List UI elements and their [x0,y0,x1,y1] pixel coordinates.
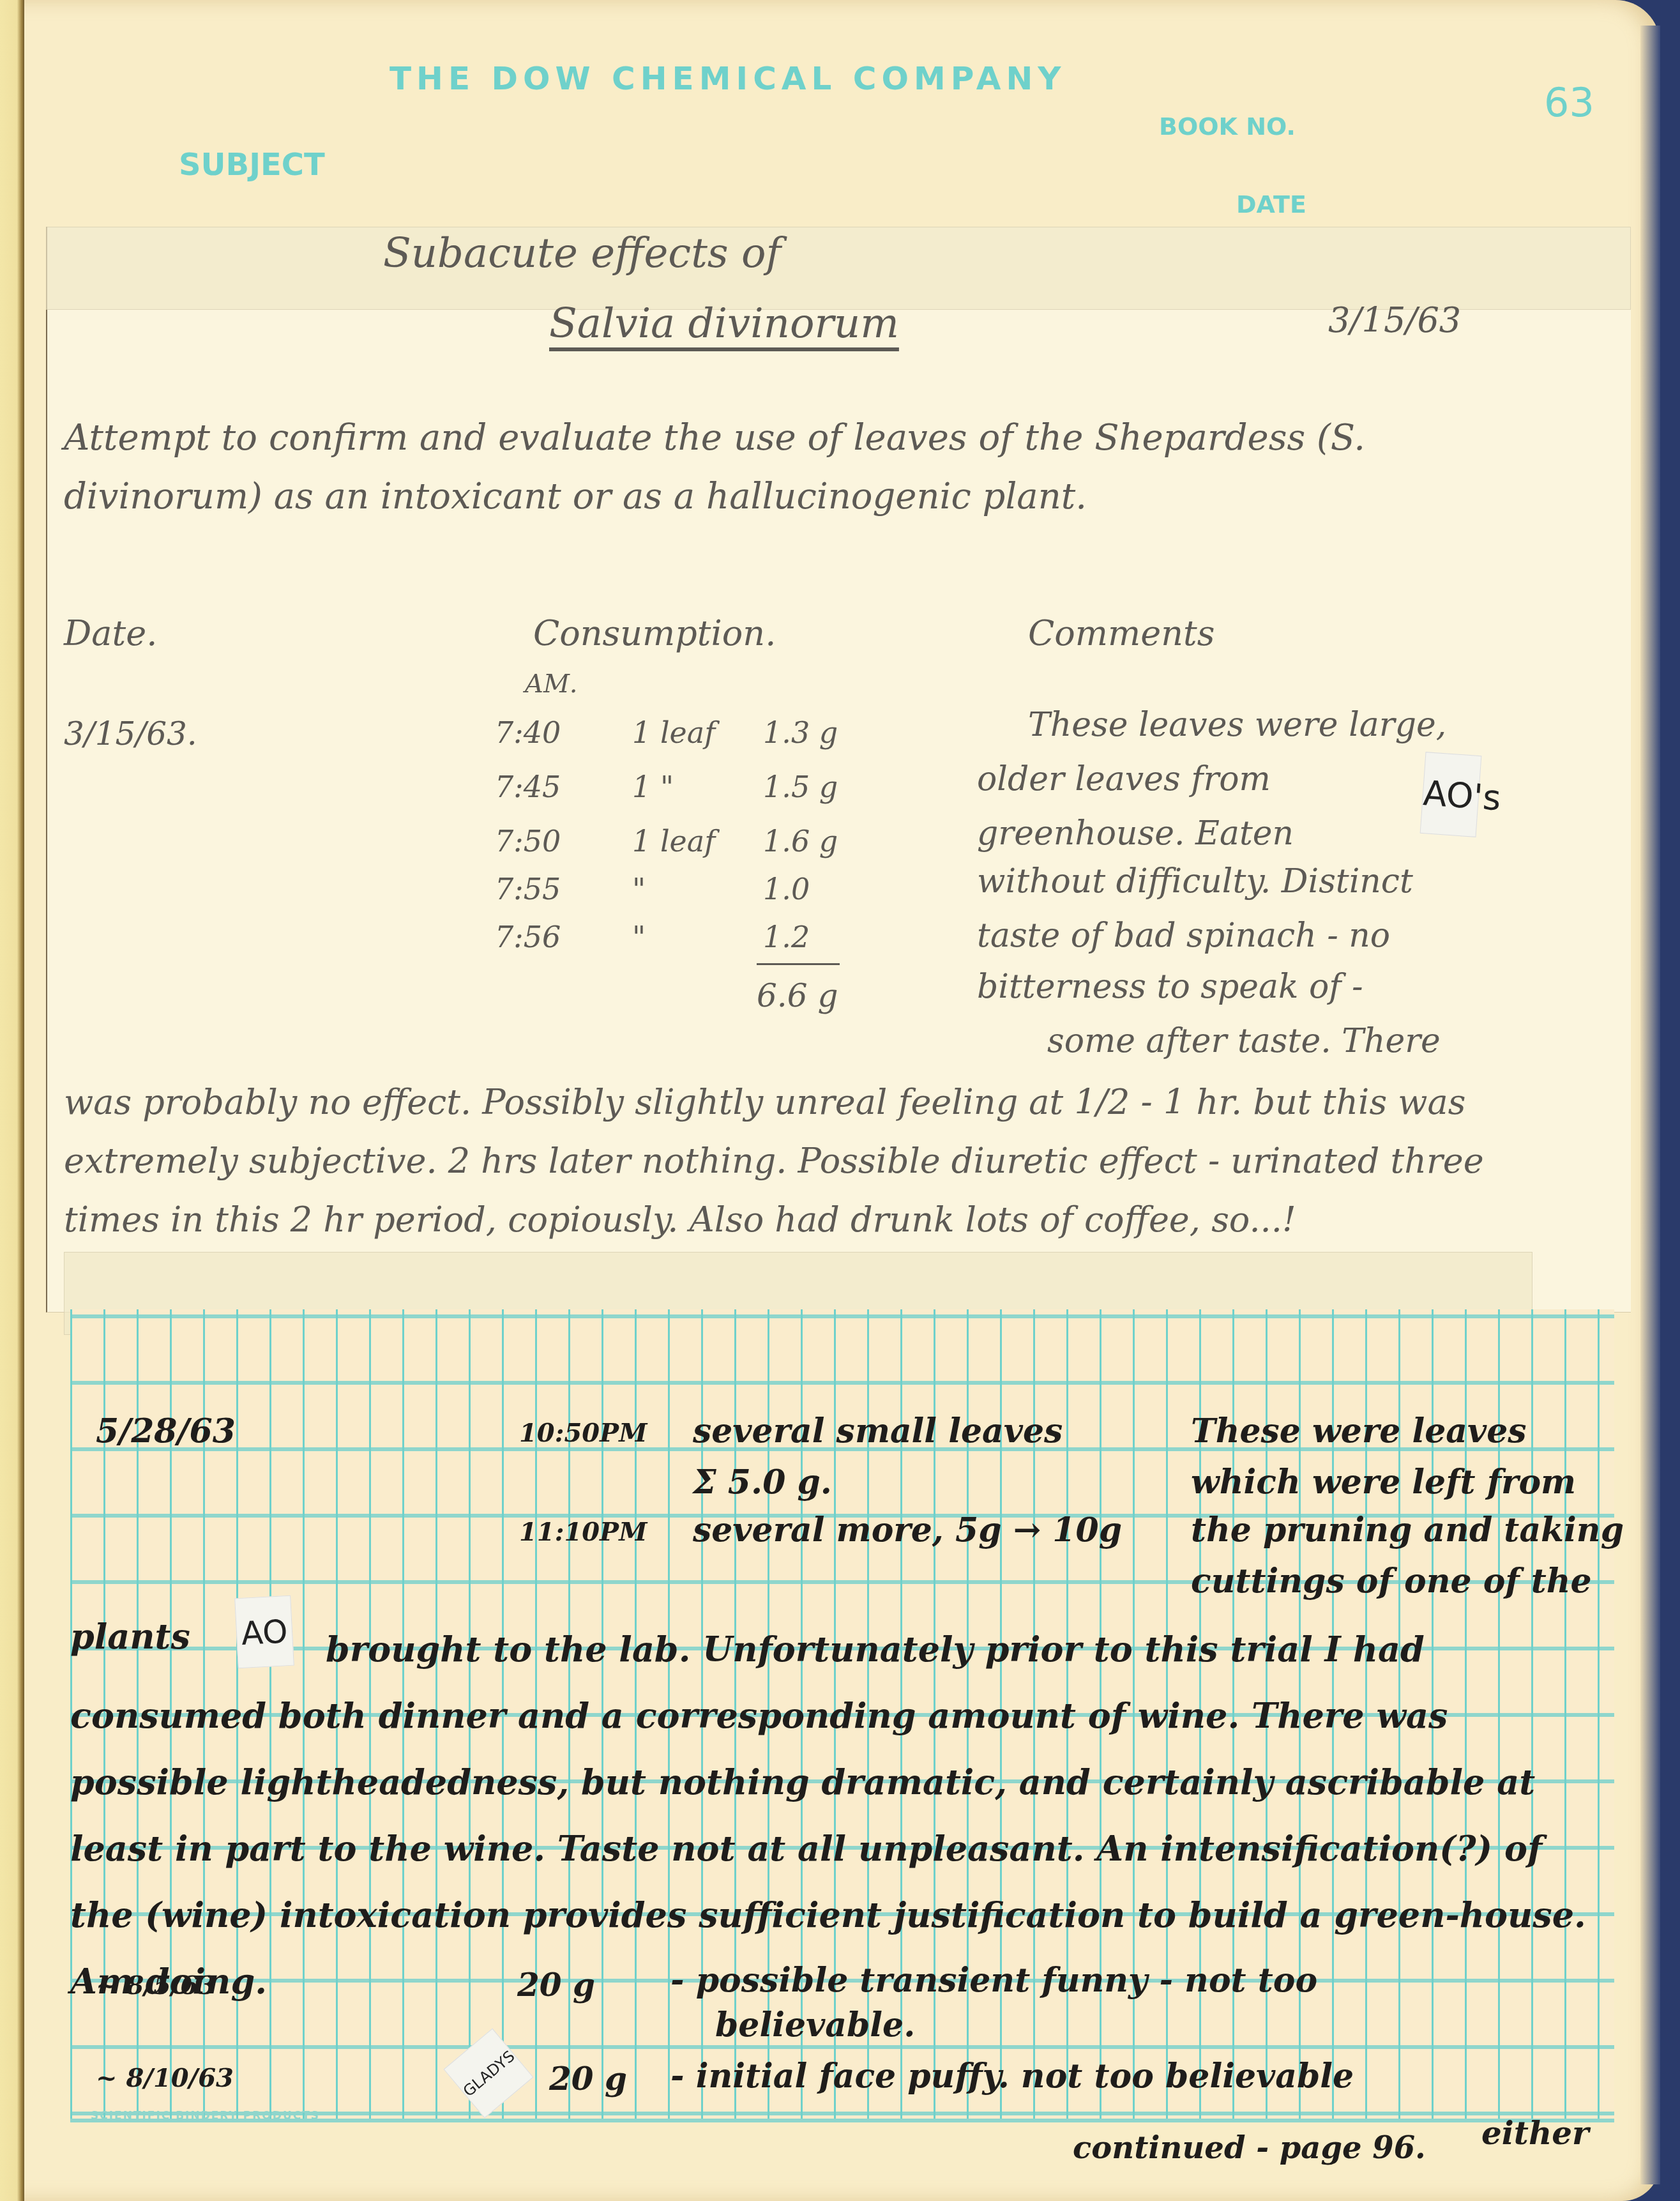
date-label: DATE [1236,190,1306,218]
ao-name-label: AO's [1420,752,1482,837]
comment-line: These leaves were large, [1028,706,1446,744]
note-line: - possible transient funny - not too [670,1961,1317,2000]
consumption-amount: 1.2 [763,920,810,954]
company-heading: THE DOW CHEMICAL COMPANY [390,60,1066,97]
comment-line: some after taste. There [1047,1022,1441,1060]
column-header-comments: Comments [1028,613,1215,653]
dose: 20 g [517,1966,595,2004]
notebook-page: THE DOW CHEMICAL COMPANY BOOK NO. 63 SUB… [0,0,1660,2201]
consumption-time: 7:40 [495,715,561,750]
entry-title-line2: Salvia divinorum [549,300,899,347]
subject-label: SUBJECT [179,147,325,183]
intro-paragraph: Attempt to confirm and evaluate the use … [64,409,1532,526]
consumption-amount: 1.6 g [763,824,838,858]
note-line: either [1481,2114,1589,2152]
consumption-amount: 1.3 g [763,715,838,750]
page-number: 63 [1544,79,1594,126]
note-line: - initial face puffy. not too believable [670,2057,1354,2096]
consumption-qty: 1 " [632,770,674,804]
book-no-label: BOOK NO. [1159,112,1296,141]
comment-line: without difficulty. Distinct [977,862,1413,901]
consumption-qty: 1 leaf [632,824,715,858]
am-label: AM. [525,669,578,699]
column-header-date: Date. [64,613,157,653]
continued-note: continued - page 96. [1073,2130,1426,2166]
entry-paragraph: brought to the lab. Unfortunately prior … [70,1616,1603,2014]
binding-edge [0,0,24,2201]
comment-line: older leaves from [977,760,1271,798]
consumption-total: 6.6 g [757,977,838,1014]
entry-date: ~ 8/5/63 [96,1970,216,2000]
consumption-note: Σ 5.0 g. [693,1463,832,1502]
note-line: believable. [715,2006,915,2045]
comment-line: cuttings of one of the [1191,1562,1592,1601]
tape-strip-top [46,227,1631,310]
entry-date: 3/15/63 [1328,300,1461,340]
consumption-time: 7:45 [495,770,561,804]
sum-underline [757,963,840,965]
consumption-note: several more, 5g → 10g [693,1511,1122,1550]
consumption-time: 7:55 [495,872,561,906]
consumption-qty: " [632,872,646,906]
comment-line: taste of bad spinach - no [977,917,1390,955]
comment-line: which were left from [1191,1463,1576,1502]
log-date: 3/15/63. [64,715,197,752]
page-edge [1640,26,1660,2184]
consumption-amount: 1.0 [763,872,810,906]
consumption-time: 10:50PM [519,1418,647,1448]
comment-line: the pruning and taking [1191,1511,1624,1550]
consumption-time: 11:10PM [519,1517,647,1547]
consumption-qty: " [632,920,646,954]
comment-line: bitterness to speak of - [977,968,1363,1006]
dose: 20 g [549,2060,627,2098]
comment-line: greenhouse. Eaten [977,814,1294,853]
entry-title-line1: Subacute effects of [383,230,781,277]
binder-imprint: SCIENTIFIC BINDERY PRODUCTS [91,2110,320,2122]
consumption-time: 7:50 [495,824,561,858]
entry-date: 5/28/63 [96,1412,236,1451]
comment-line: These were leaves [1191,1412,1527,1451]
consumption-amount: 1.5 g [763,770,838,804]
consumption-note: several small leaves [693,1412,1063,1451]
consumption-time: 7:56 [495,920,561,954]
entry-continuation: was probably no effect. Possibly slightl… [64,1073,1584,1249]
consumption-qty: 1 leaf [632,715,715,750]
entry-date: ~ 8/10/63 [96,2063,234,2093]
column-header-consumption: Consumption. [533,613,776,653]
